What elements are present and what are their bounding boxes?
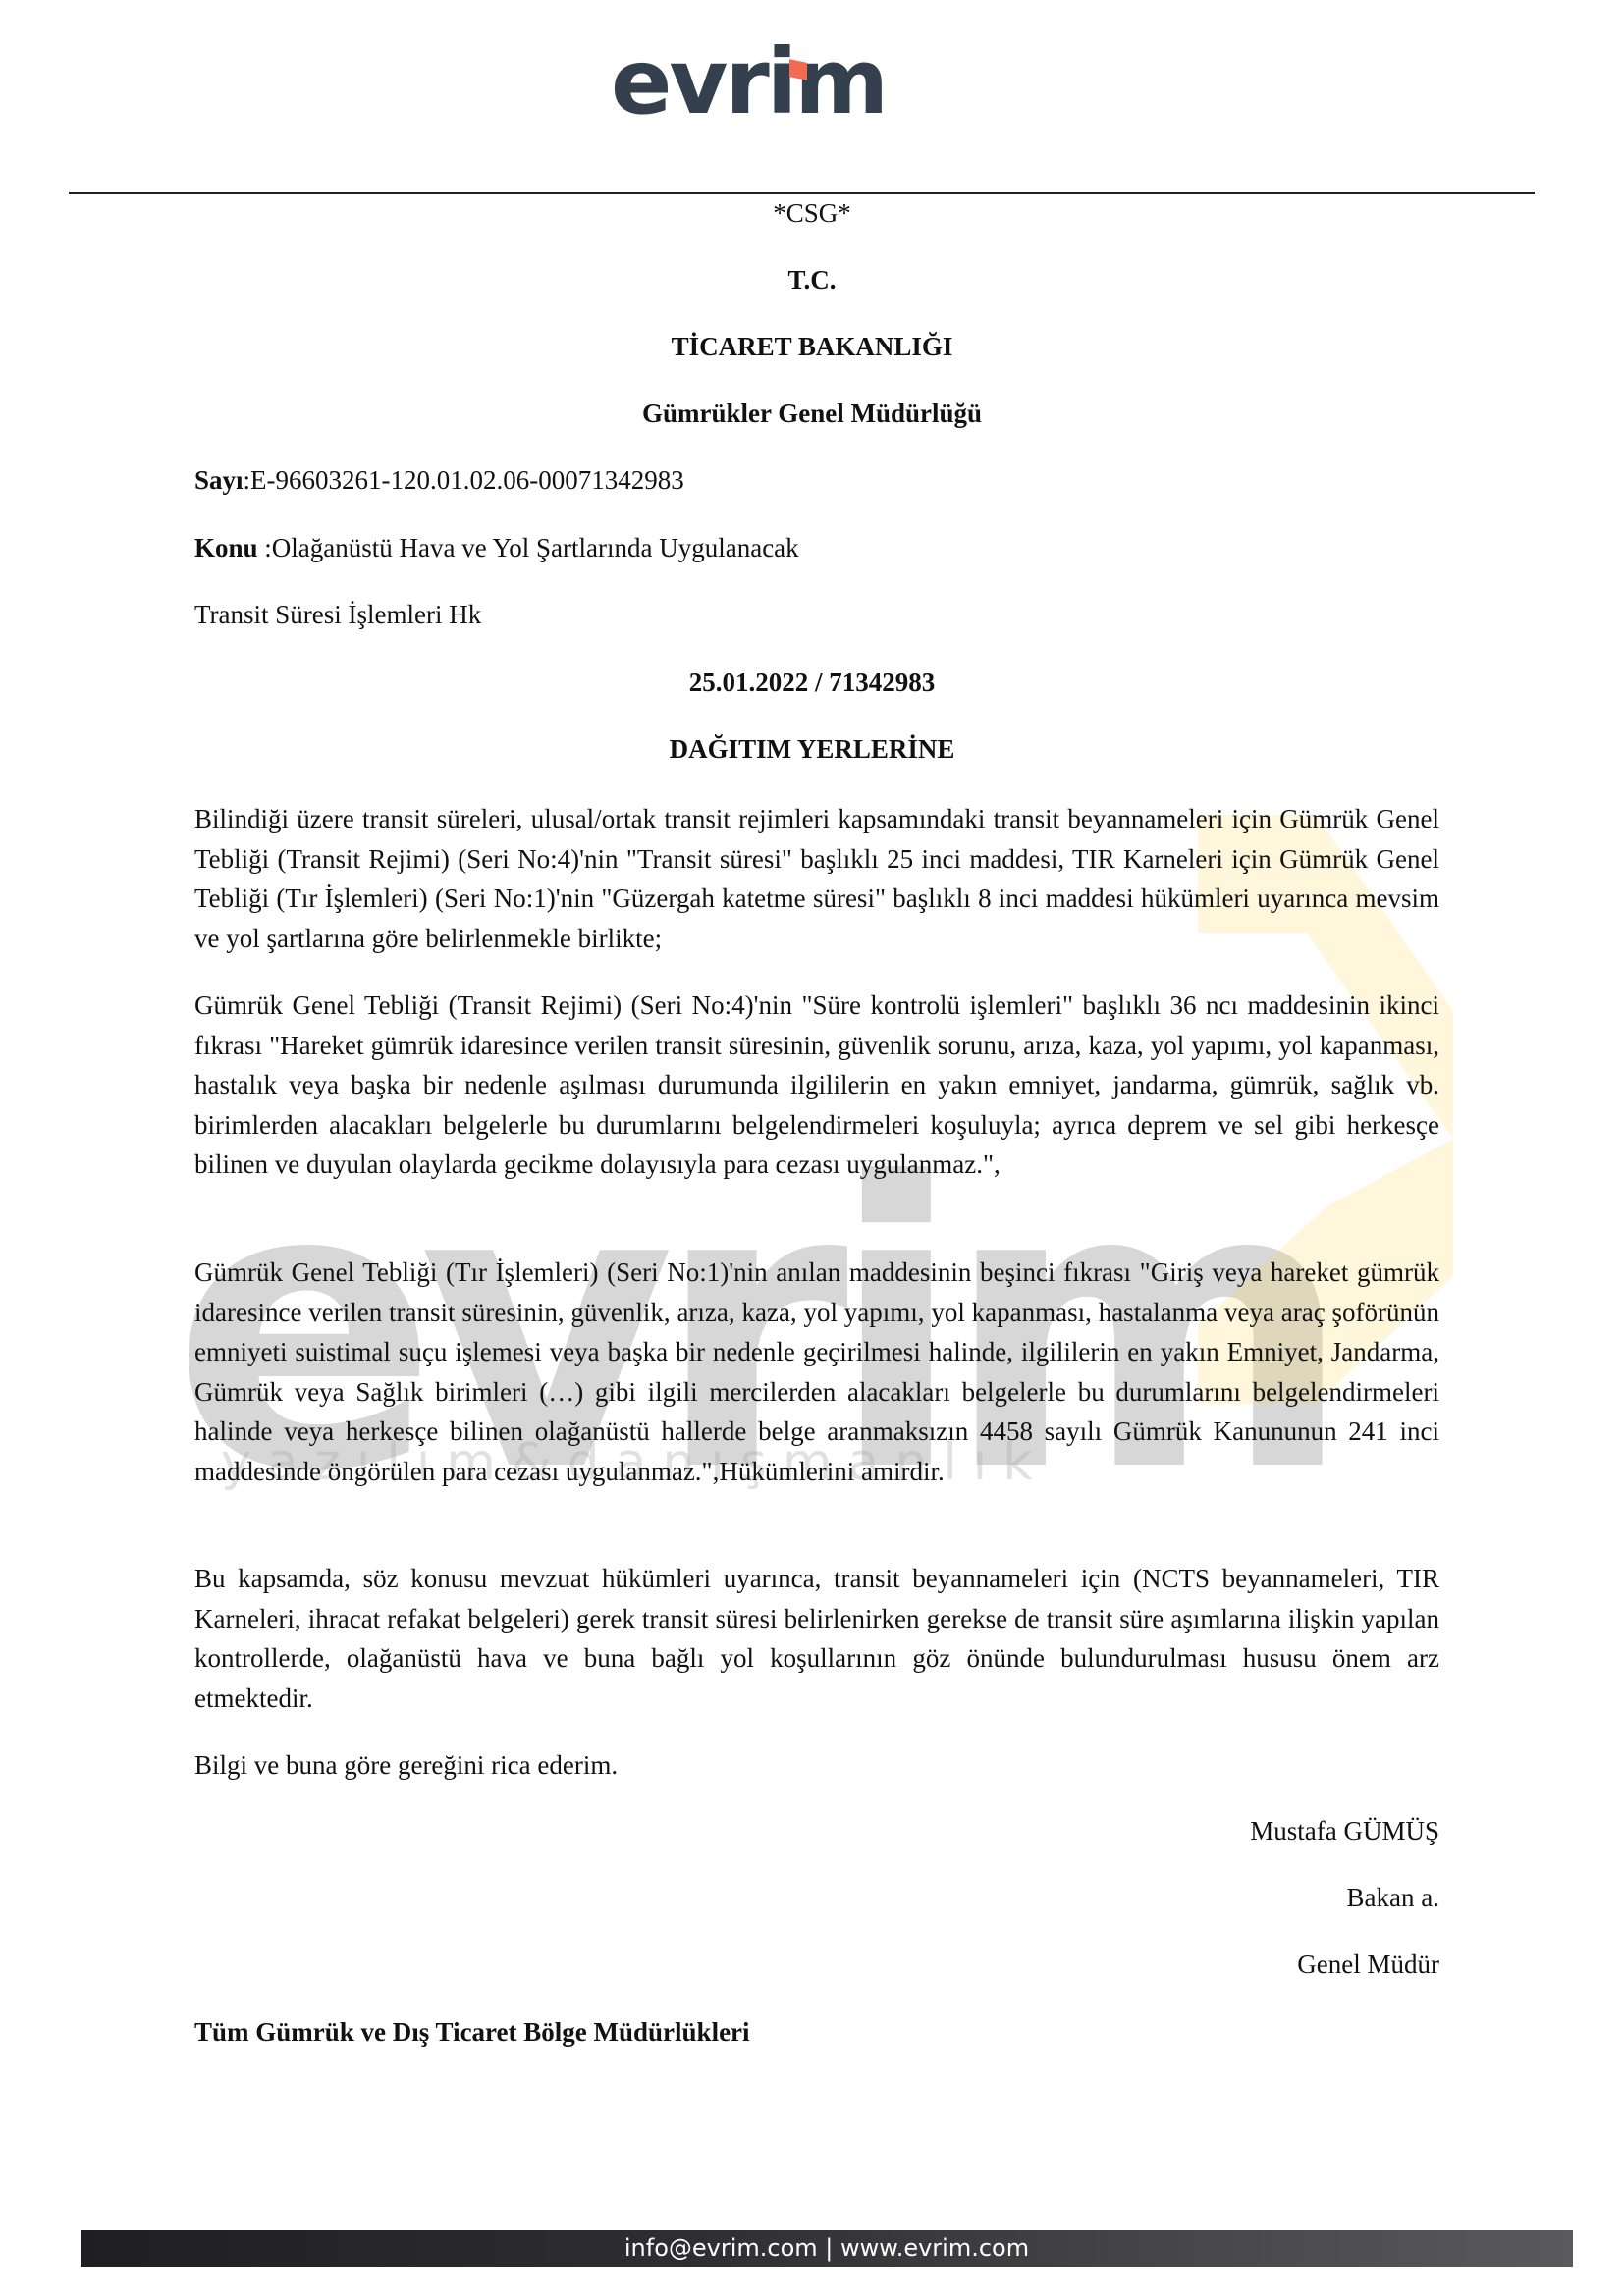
- directorate-heading: Gümrükler Genel Müdürlüğü: [0, 399, 1624, 429]
- ministry-heading: TİCARET BAKANLIĞI: [0, 332, 1624, 362]
- number-label: Sayı: [194, 465, 244, 495]
- document-subject: Konu :Olağanüstü Hava ve Yol Şartlarında…: [194, 533, 799, 563]
- number-value: :E-96603261-120.01.02.06-00071342983: [244, 465, 684, 495]
- distribution-list: Tüm Gümrük ve Dış Ticaret Bölge Müdürlük…: [194, 2017, 750, 2048]
- document-code: *CSG*: [0, 198, 1624, 229]
- subject-continuation: Transit Süresi İşlemleri Hk: [194, 600, 481, 630]
- document-number: Sayı:E-96603261-120.01.02.06-00071342983: [194, 465, 684, 496]
- header-divider: [69, 192, 1535, 194]
- date-reference: 25.01.2022 / 71342983: [0, 667, 1624, 698]
- footer-contact-bar: info@evrim.com | www.evrim.com: [81, 2230, 1573, 2267]
- document-page: evrim *CSG* T.C. TİCARET BAKANLIĞI Gümrü…: [0, 0, 1624, 2296]
- paragraph-2: Gümrük Genel Tebliği (Transit Rejimi) (S…: [194, 986, 1439, 1185]
- paragraph-1: Bilindiği üzere transit süreleri, ulusal…: [194, 799, 1439, 958]
- signatory-on-behalf: Bakan a.: [1347, 1883, 1439, 1913]
- signatory-name: Mustafa GÜMÜŞ: [1250, 1816, 1439, 1846]
- subject-value: :Olağanüstü Hava ve Yol Şartlarında Uygu…: [264, 533, 798, 562]
- signatory-title: Genel Müdür: [1297, 1949, 1439, 1980]
- subject-label: Konu: [194, 533, 258, 562]
- recipient-heading: DAĞITIM YERLERİNE: [0, 734, 1624, 765]
- closing-line: Bilgi ve buna göre gereğini rica ederim.: [194, 1745, 1439, 1786]
- evrim-logo: evrim: [611, 55, 917, 143]
- logo-accent-icon: [789, 59, 807, 80]
- paragraph-4: Bu kapsamda, söz konusu mevzuat hükümler…: [194, 1559, 1439, 1718]
- country-heading: T.C.: [0, 265, 1624, 295]
- paragraph-3: Gümrük Genel Tebliği (Tır İşlemleri) (Se…: [194, 1253, 1439, 1491]
- logo-text: evrim: [611, 37, 886, 128]
